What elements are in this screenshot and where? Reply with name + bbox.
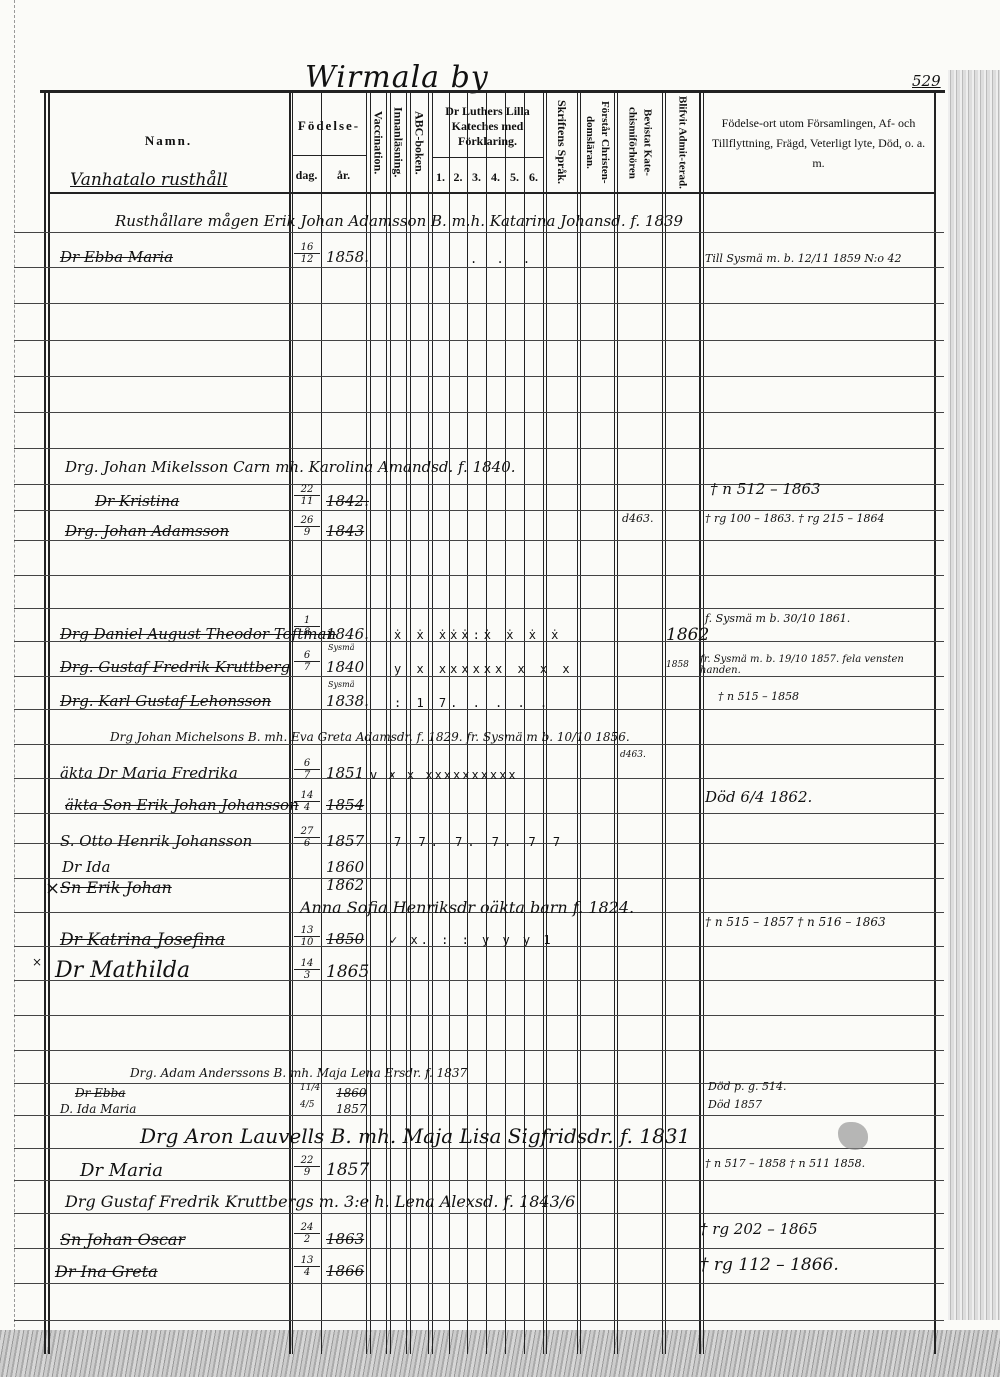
entry-marks: v ✗ x xxxxxxxxxx <box>370 768 518 782</box>
header-fodelseort: Födelse-ort utom Församlingen, Af- och T… <box>705 95 932 190</box>
page-edge <box>948 70 1000 1320</box>
margin-cross-mark: × <box>45 878 60 899</box>
family-header: Drg. Johan Mikelsson Carn mh. Karolina A… <box>65 458 516 476</box>
entry-notes: † n 515 – 1858 <box>718 690 799 703</box>
entry-mark-note: d463. <box>622 512 654 525</box>
header-dag: dag. <box>292 160 321 190</box>
entry-day: 144 <box>294 790 320 813</box>
entry-year: 1854 <box>326 796 364 814</box>
entry-notes: † n 515 – 1857 † n 516 – 1863 <box>705 915 905 930</box>
entry-marks: ✓ x. : : y y y 1 <box>390 933 554 947</box>
entry-name: Dr Maria <box>80 1160 163 1181</box>
entry-mark-note: d463. <box>620 750 646 760</box>
entry-marks: : 1 7. . . . . <box>394 696 551 710</box>
entry-day: 1612 <box>294 242 320 265</box>
entry-day: 4/5 <box>300 1100 314 1110</box>
family-header: Drg Johan Michelsons B. mh. Eva Greta Ad… <box>110 730 630 744</box>
entry-day: 11/4 <box>300 1083 320 1093</box>
entry-notes: fr. Sysmä m. b. 19/10 1857. fela vensten… <box>700 654 920 676</box>
entry-year: 1840 <box>326 658 364 676</box>
entry-notes: † rg 112 – 1866. <box>700 1255 839 1275</box>
entry-name: S. Otto Henrik Johansson <box>60 832 252 850</box>
header-ar: år. <box>321 160 366 190</box>
entry-year: 1842. <box>326 492 369 510</box>
family-header: Anna Sofia Henriksdr oäkta barn f. 1824. <box>300 898 634 917</box>
entry-year: 1857 <box>326 832 364 850</box>
entry-notes: † rg 202 – 1865 <box>700 1220 818 1238</box>
header-blifvit: Blifvit Admit-terad. <box>665 95 699 190</box>
farm-name: Vanhatalo rusthåll <box>70 170 228 190</box>
entry-year: 1860 <box>326 858 364 876</box>
header-fodelse: Födelse- <box>292 95 366 156</box>
entry-marks: . . . <box>470 252 536 266</box>
entry-notes: † rg 100 – 1863. † rg 215 – 1864 <box>705 512 905 525</box>
header-luther-3: 3. <box>467 165 486 190</box>
entry-name: Dr Mathilda <box>55 958 190 983</box>
entry-name: Dr Ebba Maria <box>60 248 173 266</box>
entry-admitted: 1858 <box>666 660 689 670</box>
entry-name: Drg. Karl Gustaf Lehonsson <box>60 692 271 710</box>
header-forstar: Förstår Christen-domsläran. <box>580 95 614 190</box>
entry-year-note: Sysmä <box>328 680 354 689</box>
entry-year: 1857 <box>336 1102 367 1116</box>
entry-year: 1863 <box>326 1230 364 1248</box>
entry-year: 1851 <box>326 764 364 782</box>
family-header: Drg Aron Lauvells B. mh. Maja Lisa Sigfr… <box>140 1124 690 1148</box>
ink-stain <box>838 1122 868 1150</box>
entry-notes: † n 517 – 1858 † n 511 1858. <box>705 1157 865 1170</box>
entry-day: 2211 <box>294 484 320 507</box>
parish-register-page: Wirmala by 529 Namn. Födelse- dag. år. V… <box>0 0 1000 1377</box>
entry-name: Sn Erik Johan <box>60 878 172 897</box>
entry-year: 1860 <box>336 1086 367 1100</box>
entry-name: Drg. Johan Adamsson <box>65 522 229 540</box>
family-header: Rusthållare mågen Erik Johan Adamsson B.… <box>115 212 683 230</box>
entry-year: 1846. <box>326 625 369 643</box>
header-innanlasning: Innanläsning. <box>390 95 406 190</box>
entry-year: 1866 <box>326 1262 364 1280</box>
header-luther-6: 6. <box>524 165 543 190</box>
entry-year-note: Sysmä <box>328 643 354 652</box>
entry-day: 269 <box>294 515 320 538</box>
entry-notes: Död 6/4 1862. <box>705 788 812 806</box>
entry-day: 242 <box>294 1222 320 1245</box>
entry-day: 18 <box>294 615 320 638</box>
entry-notes: † n 512 – 1863 <box>710 480 821 498</box>
entry-year: 1857 <box>326 1160 369 1180</box>
entry-name: Dr Katrina Josefina <box>60 930 225 950</box>
header-luther-2: 2. <box>449 165 467 190</box>
header-luther-4: 4. <box>486 165 505 190</box>
entry-marks: 7 7. 7. 7. 7 7 <box>394 835 565 849</box>
entry-day: 276 <box>294 826 320 849</box>
header-rule <box>40 90 945 93</box>
header-abc-boken: ABC-boken. <box>410 95 428 190</box>
header-skriftens-sprak: Skriftens Språk. <box>546 95 577 190</box>
entry-name: Dr Ina Greta <box>55 1262 158 1281</box>
entry-notes: Död 1857 <box>708 1098 762 1111</box>
entry-year: 1843 <box>326 522 364 540</box>
entry-name: Dr Ebba <box>75 1086 125 1100</box>
entry-notes: Död p. g. 514. <box>708 1080 787 1093</box>
family-header: Drg. Adam Anderssons B. mh. Maja Lena Er… <box>130 1066 467 1080</box>
entry-day: 229 <box>294 1155 320 1178</box>
entry-name: Dr Kristina <box>95 492 179 510</box>
entry-day: 134 <box>294 1255 320 1278</box>
scan-border <box>0 1330 1000 1377</box>
entry-name: äkta Son Erik Johan Johansson <box>65 796 299 814</box>
header-luther-1: 1. <box>432 165 449 190</box>
entry-day: 143 <box>294 958 320 981</box>
entry-year: 1858. <box>326 248 369 266</box>
entry-year: 1838. <box>326 692 369 710</box>
entry-notes: f. Sysmä m b. 30/10 1861. <box>705 612 850 625</box>
entry-day: 1310 <box>294 925 320 948</box>
entry-name: Sn Johan Oscar <box>60 1230 185 1249</box>
entry-marks: ẋ ẋ ẋẋẋ:ẋ ẋ ẋ ẋ <box>394 628 562 642</box>
entry-day: 67 <box>294 650 320 673</box>
header-luther-5: 5. <box>505 165 524 190</box>
header-bevistat: Bevistat Kate-chismiförhören <box>617 95 662 190</box>
entry-name: Drg. Gustaf Fredrik Kruttberg <box>60 658 290 676</box>
page-number: 529 <box>912 72 941 90</box>
entry-name: äkta Dr Maria Fredrika <box>60 764 238 782</box>
entry-year: 1862 <box>326 876 364 894</box>
entry-marks: y x xxxxxx x x x <box>394 662 574 676</box>
entry-day: 67 <box>294 758 320 781</box>
entry-name: D. Ida Maria <box>60 1102 136 1116</box>
entry-notes: Till Sysmä m. b. 12/11 1859 N:o 42 <box>705 252 901 265</box>
family-header: Drg Gustaf Fredrik Kruttbergs m. 3:e h. … <box>65 1192 575 1211</box>
entry-admitted: 1862 <box>666 625 709 645</box>
entry-year: 1865 <box>326 962 369 982</box>
header-luther: Dr Luthers Lilla Kateches med Förklaring… <box>432 95 543 158</box>
margin-cross-mark: × <box>32 955 42 969</box>
entry-year: 1850 <box>326 930 364 948</box>
binding-edge <box>0 0 15 1377</box>
entry-name: Dr Ida <box>62 858 110 876</box>
header-vaccination: Vaccination. <box>370 95 386 190</box>
